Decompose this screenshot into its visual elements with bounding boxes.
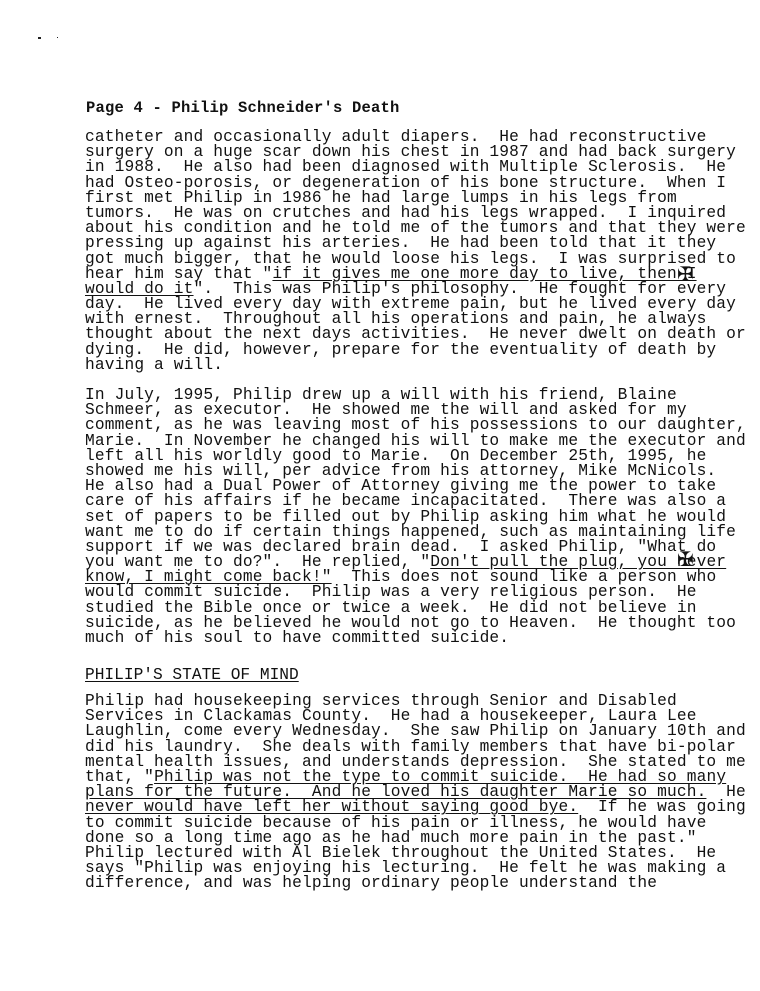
margin-asterisk-icon: ✠ xyxy=(677,262,694,286)
text-line: having a will. xyxy=(85,358,685,373)
text-line: difference, and was helping ordinary peo… xyxy=(85,876,685,891)
margin-asterisk-icon: ✠ xyxy=(677,547,694,571)
scan-speck xyxy=(38,37,41,39)
paragraph-will: In July, 1995, Philip drew up a will wit… xyxy=(85,388,685,646)
page-header: Page 4 - Philip Schneider's Death xyxy=(86,99,400,117)
text-line: much of his soul to have committed suici… xyxy=(85,631,685,646)
document-page: Page 4 - Philip Schneider's Death cathet… xyxy=(0,0,760,991)
section-heading: PHILIP'S STATE OF MIND xyxy=(85,666,299,684)
paragraph-medical-history: catheter and occasionally adult diapers.… xyxy=(85,130,685,373)
paragraph-state-of-mind: Philip had housekeeping services through… xyxy=(85,694,685,891)
scan-speck xyxy=(57,37,58,38)
